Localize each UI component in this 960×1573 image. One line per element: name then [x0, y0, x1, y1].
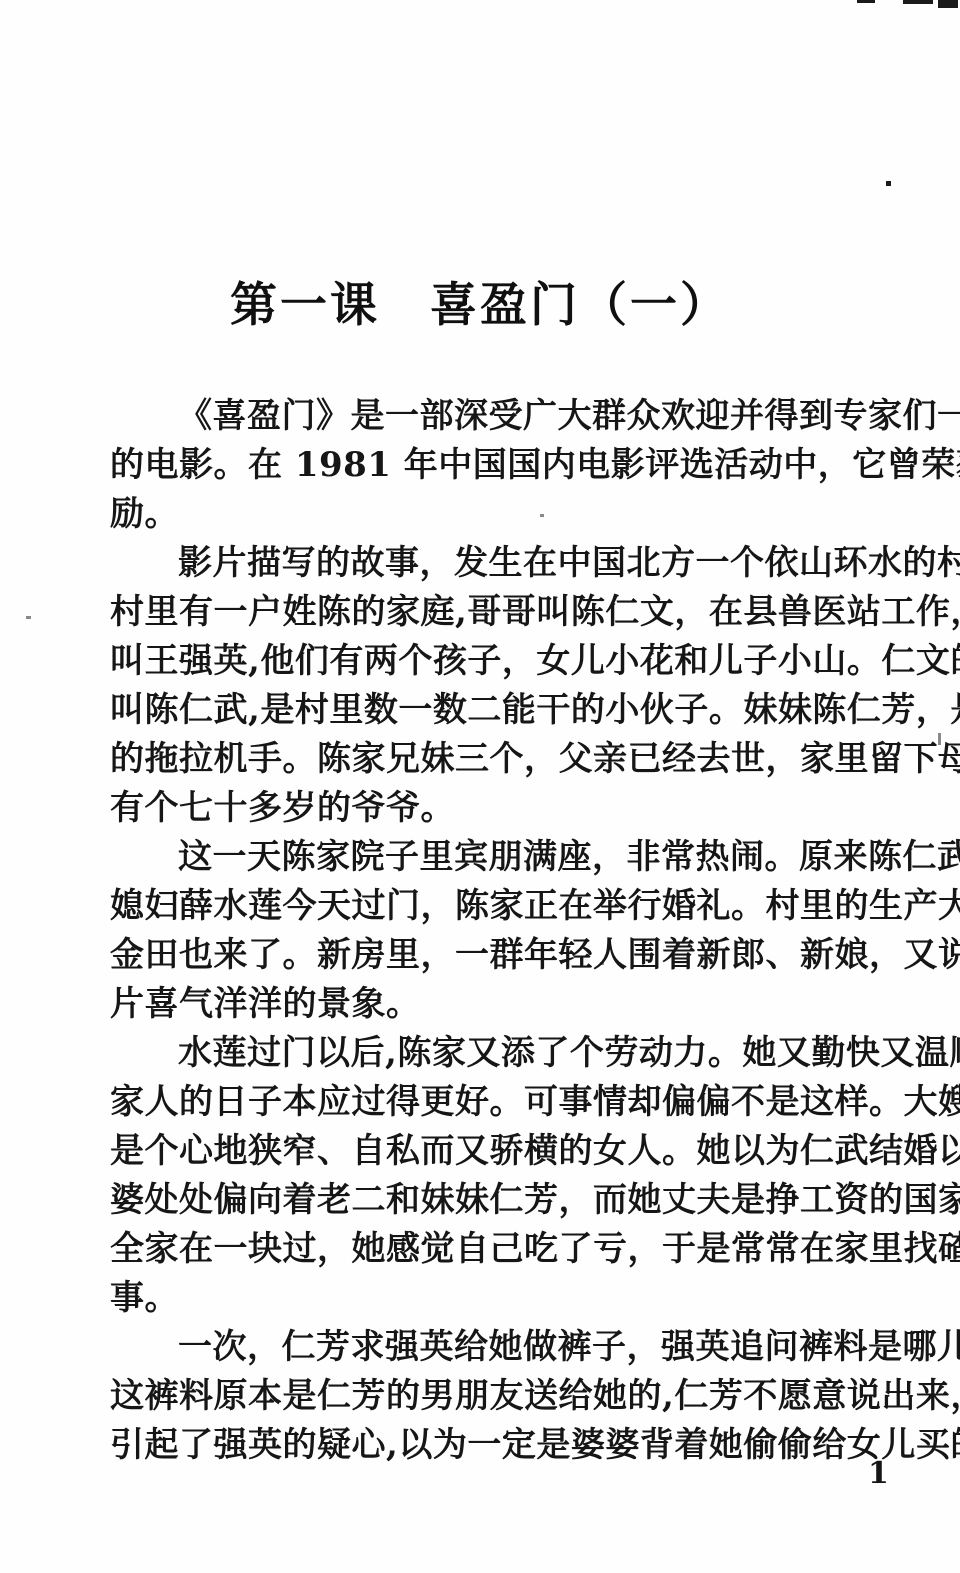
text-line: 全家在一块过，她感觉自己吃了亏，于是常常在家里找碴儿闹 [110, 1225, 912, 1274]
paragraph: 一次，仁芳求强英给她做裤子，强英追问裤料是哪儿来的。 这裤料原本是仁芳的男朋友送… [110, 1323, 912, 1470]
text-line: 叫王强英,他们有两个孩子，女儿小花和儿子小山。仁文的弟弟 [110, 637, 912, 686]
page-number: 1 [868, 1456, 889, 1491]
text-line: 媳妇薛水莲今天过门，陈家正在举行婚礼。村里的生产大队长 [110, 882, 912, 931]
text-line: 的拖拉机手。陈家兄妹三个，父亲已经去世，家里留下母亲，还 [110, 735, 912, 784]
text-line: 励。 [110, 490, 912, 539]
text-line: 一次，仁芳求强英给她做裤子，强英追问裤料是哪儿来的。 [110, 1323, 912, 1372]
text-line: 的电影。在 1981 年中国国内电影评选活动中，它曾荣获多种奖 [110, 441, 912, 490]
paragraph: 影片描写的故事，发生在中国北方一个依山环水的村庄。 村里有一户姓陈的家庭,哥哥叫… [110, 539, 912, 833]
text-line: 影片描写的故事，发生在中国北方一个依山环水的村庄。 [110, 539, 912, 588]
ink-speck [886, 181, 891, 186]
text-line: 片喜气洋洋的景象。 [110, 980, 912, 1029]
text-line: 有个七十多岁的爷爷。 [110, 784, 912, 833]
text-line: 家人的日子本应过得更好。可事情却偏偏不是这样。大嫂强英 [110, 1078, 912, 1127]
lesson-title: 第一课 喜盈门（一） [0, 268, 960, 335]
scan-smudge [938, 0, 958, 8]
ink-speck [26, 616, 31, 619]
text-line: 村里有一户姓陈的家庭,哥哥叫陈仁文，在县兽医站工作，嫂嫂 [110, 588, 912, 637]
book-page: 第一课 喜盈门（一） 《喜盈门》是一部深受广大群众欢迎并得到专家们一致好评 的电… [0, 0, 960, 1573]
text-line: 这裤料原本是仁芳的男朋友送给她的,仁芳不愿意说出来，这就 [110, 1372, 912, 1421]
text-line: 婆处处偏向着老二和妹妹仁芳，而她丈夫是挣工资的国家干部， [110, 1176, 912, 1225]
text-line: 水莲过门以后,陈家又添了个劳动力。她又勤快又温顺，一 [110, 1029, 912, 1078]
text-line: 这一天陈家院子里宾朋满座，非常热闹。原来陈仁武的新 [110, 833, 912, 882]
lesson-text: 《喜盈门》是一部深受广大群众欢迎并得到专家们一致好评 的电影。在 1981 年中… [110, 392, 912, 1470]
text-line: 事。 [110, 1274, 912, 1323]
text-line: 金田也来了。新房里，一群年轻人围着新郎、新娘，又说又笑，一 [110, 931, 912, 980]
paragraph: 这一天陈家院子里宾朋满座，非常热闹。原来陈仁武的新 媳妇薛水莲今天过门，陈家正在… [110, 833, 912, 1029]
scan-smudge [857, 0, 875, 3]
scan-smudge [903, 0, 933, 4]
text-line: 《喜盈门》是一部深受广大群众欢迎并得到专家们一致好评 [110, 392, 912, 441]
text-line: 引起了强英的疑心,以为一定是婆婆背着她偷偷给女儿买的，于 [110, 1421, 912, 1470]
text-line: 是个心地狭窄、自私而又骄横的女人。她以为仁武结婚以后，婆 [110, 1127, 912, 1176]
paragraph: 《喜盈门》是一部深受广大群众欢迎并得到专家们一致好评 的电影。在 1981 年中… [110, 392, 912, 539]
text-line: 叫陈仁武,是村里数一数二能干的小伙子。妹妹陈仁芳，是村里 [110, 686, 912, 735]
paragraph: 水莲过门以后,陈家又添了个劳动力。她又勤快又温顺，一 家人的日子本应过得更好。可… [110, 1029, 912, 1323]
